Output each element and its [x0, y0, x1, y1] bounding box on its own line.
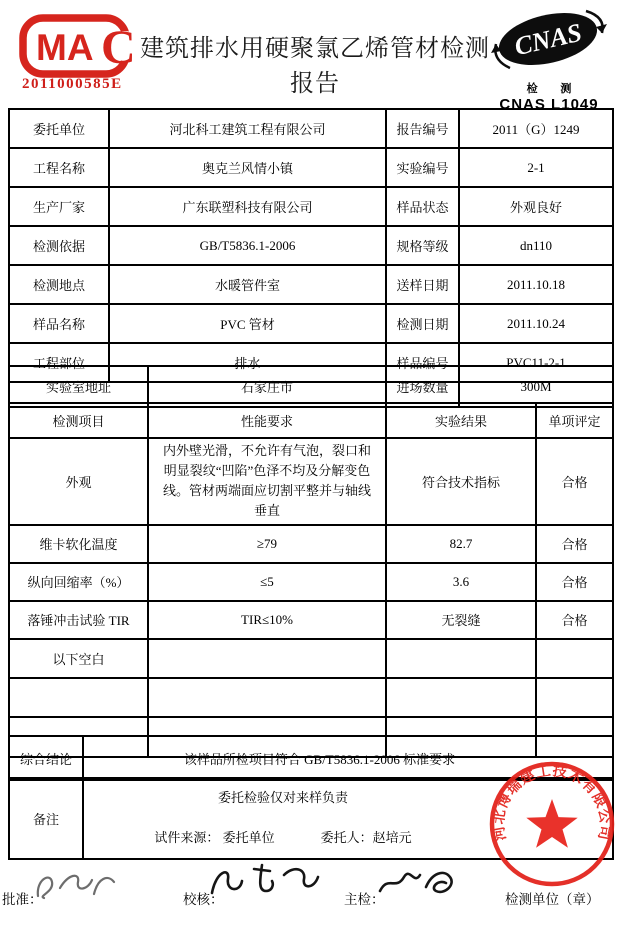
result-requirement — [148, 678, 386, 717]
result-item: 维卡软化温度 — [9, 525, 148, 563]
info-label: 实验室地址 — [9, 366, 148, 407]
table-row: 检测依据 GB/T5836.1-2006 规格等级 dn110 — [9, 226, 613, 265]
result-verdict — [536, 639, 613, 678]
info-value: 水暖管件室 — [109, 265, 386, 304]
table-row: 备注 委托检验仅对来样负责 试件来源： 委托单位 委托人：赵培元 — [9, 778, 613, 859]
column-header: 实验结果 — [386, 403, 536, 438]
result-item: 以下空白 — [9, 639, 148, 678]
report-page: MA C 2011000585E 建筑排水用硬聚氯乙烯管材检测报告 CNAS 检… — [0, 0, 619, 934]
table-row: 工程名称 奥克兰风情小镇 实验编号 2-1 — [9, 148, 613, 187]
result-item: 纵向回缩率（%） — [9, 563, 148, 601]
column-header: 检测项目 — [9, 403, 148, 438]
result-verdict: 合格 — [536, 438, 613, 525]
result-requirement: ≤5 — [148, 563, 386, 601]
testing-unit-seal-label: 检测单位（章） — [505, 888, 600, 908]
result-requirement: ≥79 — [148, 525, 386, 563]
info-label: 检测依据 — [9, 226, 109, 265]
table-row: 委托单位 河北科工建筑工程有限公司 报告编号 2011（G）1249 — [9, 109, 613, 148]
info-label: 规格等级 — [386, 226, 459, 265]
info-label: 进场数量 — [386, 366, 459, 407]
conclusion-value: 该样品所检项目符合 GB/T5836.1-2006 标准要求 — [83, 736, 613, 780]
table-row: 检测地点 水暖管件室 送样日期 2011.10.18 — [9, 265, 613, 304]
results-header-row: 检测项目 性能要求 实验结果 单项评定 — [9, 403, 613, 438]
info-value: 300M — [459, 366, 613, 407]
result-value: 82.7 — [386, 525, 536, 563]
cnas-logo: CNAS 检 测 CNAS L1049 — [488, 6, 610, 113]
table-row: 维卡软化温度 ≥79 82.7 合格 — [9, 525, 613, 563]
info-value: 石家庄市 — [148, 366, 386, 407]
client-name: 委托人：赵培元 — [321, 827, 412, 846]
info-label: 实验编号 — [386, 148, 459, 187]
result-verdict: 合格 — [536, 563, 613, 601]
result-verdict: 合格 — [536, 525, 613, 563]
column-header: 性能要求 — [148, 403, 386, 438]
info-value: 2-1 — [459, 148, 613, 187]
review-signature — [206, 861, 324, 907]
info-label: 生产厂家 — [9, 187, 109, 226]
cma-logo: MA C — [18, 14, 138, 85]
result-value — [386, 639, 536, 678]
table-row: 生产厂家 广东联塑科技有限公司 样品状态 外观良好 — [9, 187, 613, 226]
table-row: 样品名称 PVC 管材 检测日期 2011.10.24 — [9, 304, 613, 343]
table-row: 外观 内外壁光滑，不允许有气泡，裂口和明显裂纹“凹陷”色泽不均及分解变色线。管材… — [9, 438, 613, 525]
info-value: GB/T5836.1-2006 — [109, 226, 386, 265]
info-value: 广东联塑科技有限公司 — [109, 187, 386, 226]
info-value: 奥克兰风情小镇 — [109, 148, 386, 187]
info-label: 检测日期 — [386, 304, 459, 343]
cma-cert-number: 2011000585E — [22, 76, 123, 93]
approve-signature — [30, 866, 122, 906]
info-value: 外观良好 — [459, 187, 613, 226]
chief-inspector-signature — [374, 865, 466, 911]
result-value: 无裂缝 — [386, 601, 536, 639]
result-item: 落锤冲击试验 TIR — [9, 601, 148, 639]
page-title: 建筑排水用硬聚氯乙烯管材检测报告 — [140, 28, 490, 98]
result-item — [9, 678, 148, 717]
specimen-source: 试件来源： 委托单位 — [154, 827, 274, 846]
info-label: 委托单位 — [9, 109, 109, 148]
info-value: PVC 管材 — [109, 304, 386, 343]
cma-c-text: C — [101, 21, 136, 74]
result-value — [386, 678, 536, 717]
info-label: 报告编号 — [386, 109, 459, 148]
info-label: 送样日期 — [386, 265, 459, 304]
table-row — [9, 678, 613, 717]
table-row: 以下空白 — [9, 639, 613, 678]
cma-logo-icon: MA C — [18, 14, 138, 80]
result-requirement: TIR≤10% — [148, 601, 386, 639]
result-item: 外观 — [9, 438, 148, 525]
column-header: 单项评定 — [536, 403, 613, 438]
table-row: 实验室地址 石家庄市 进场数量 300M — [9, 366, 613, 407]
info-value: 2011（G）1249 — [459, 109, 613, 148]
info-table: 委托单位 河北科工建筑工程有限公司 报告编号 2011（G）1249 工程名称 … — [8, 108, 614, 383]
info-label: 样品状态 — [386, 187, 459, 226]
cma-ma-text: MA — [36, 27, 94, 68]
cnas-logo-icon: CNAS — [488, 6, 610, 74]
conclusion-label: 综合结论 — [9, 736, 83, 780]
remark-cell: 委托检验仅对来样负责 试件来源： 委托单位 委托人：赵培元 — [83, 778, 613, 859]
table-row: 纵向回缩率（%） ≤5 3.6 合格 — [9, 563, 613, 601]
remark-line1: 委托检验仅对来样负责 — [87, 787, 479, 806]
conclusion-row: 综合结论 该样品所检项目符合 GB/T5836.1-2006 标准要求 — [8, 735, 614, 781]
info-label: 检测地点 — [9, 265, 109, 304]
info-value: 2011.10.18 — [459, 265, 613, 304]
info-value: 河北科工建筑工程有限公司 — [109, 109, 386, 148]
result-value: 3.6 — [386, 563, 536, 601]
info-value: 2011.10.24 — [459, 304, 613, 343]
remark-label: 备注 — [9, 778, 83, 859]
info-value: dn110 — [459, 226, 613, 265]
info-label: 样品名称 — [9, 304, 109, 343]
info-label: 工程名称 — [9, 148, 109, 187]
result-requirement: 内外壁光滑，不允许有气泡，裂口和明显裂纹“凹陷”色泽不均及分解变色线。管材两端面… — [148, 438, 386, 525]
result-value: 符合技术指标 — [386, 438, 536, 525]
table-row: 综合结论 该样品所检项目符合 GB/T5836.1-2006 标准要求 — [9, 736, 613, 780]
remark-row: 备注 委托检验仅对来样负责 试件来源： 委托单位 委托人：赵培元 — [8, 777, 614, 860]
result-requirement — [148, 639, 386, 678]
result-verdict: 合格 — [536, 601, 613, 639]
cnas-category: 检 测 — [488, 80, 610, 96]
table-row: 落锤冲击试验 TIR TIR≤10% 无裂缝 合格 — [9, 601, 613, 639]
result-verdict — [536, 678, 613, 717]
results-table: 检测项目 性能要求 实验结果 单项评定 外观 内外壁光滑，不允许有气泡，裂口和明… — [8, 402, 614, 758]
